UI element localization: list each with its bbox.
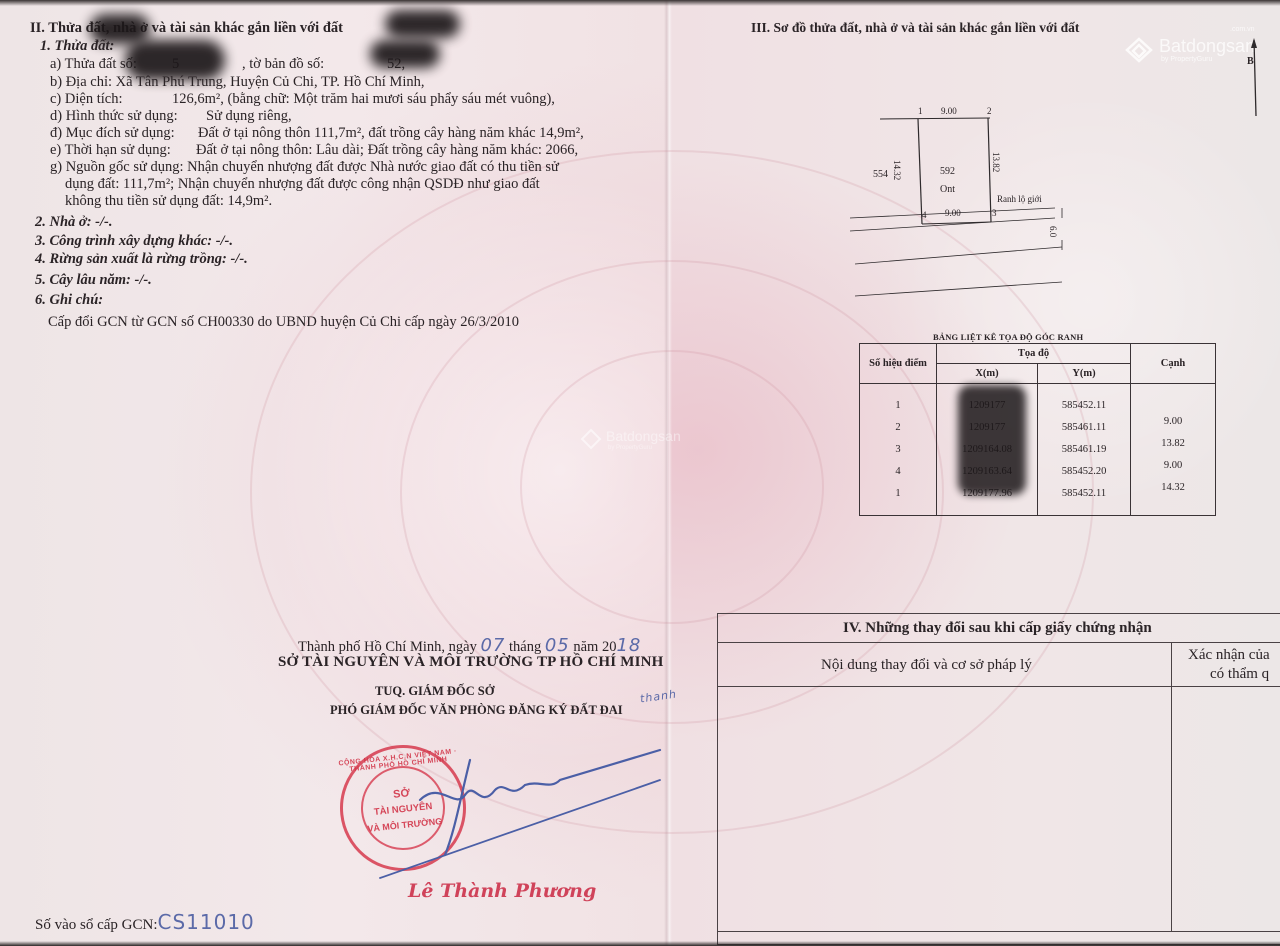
usage-term-value: Đất ở tại nông thôn: Lâu dài; Đất trồng … [196, 142, 578, 159]
edge-right-length: 13.82 [991, 152, 1001, 172]
neighbor-parcel-number: 554 [873, 169, 888, 180]
corner-label-4: 4 [922, 210, 927, 220]
handwritten-signature [360, 740, 670, 900]
point-column: 12341 [860, 384, 937, 516]
signer-role-1: TUQ. GIÁM ĐỐC SỞ [375, 684, 494, 699]
land-type-code: Ont [940, 184, 955, 195]
usage-form-value: Sử dụng riêng, [206, 108, 292, 125]
photo-edge-bottom [0, 941, 1280, 946]
other-construction-item: 3. Công trình xây dựng khác: -/-. [35, 233, 233, 250]
y-coordinate-cell: 585452.11 [1038, 395, 1130, 417]
usage-form-label: d) Hình thức sử dụng: [50, 108, 178, 125]
watermark-tagline: by PropertyGuru [1161, 56, 1212, 63]
house-logo-icon [1125, 36, 1153, 64]
photo-edge-top [0, 0, 1280, 6]
confirmation-header-line-1: Xác nhận của [1188, 647, 1270, 664]
watermark-brand: Batdongsan [606, 428, 681, 444]
header-coords: Tọa độ [937, 344, 1131, 364]
notes-text: Cấp đổi GCN từ GCN số CH00330 do UBND hu… [48, 314, 519, 331]
map-sheet-label: , tờ bản đồ số: [242, 56, 324, 73]
origin-line-2: dụng đất: 111,7m²; Nhận chuyển nhượng đấ… [65, 176, 540, 193]
confirmation-header-line-2: có thẩm q [1210, 666, 1269, 683]
header-point: Số hiệu điểm [860, 344, 937, 384]
corner-label-2: 2 [987, 106, 992, 116]
drum-emblem-ring [520, 350, 824, 624]
point-id-cell: 4 [860, 461, 936, 483]
date-year-label: năm 20 [573, 639, 616, 655]
y-coordinate-cell: 585461.19 [1038, 439, 1130, 461]
date-prefix: Thành phố Hồ Chí Minh, ngày [298, 639, 477, 655]
perennial-item: 5. Cây lâu năm: -/-. [35, 272, 152, 289]
usage-purpose-label: đ) Mục đích sử dụng: [50, 125, 175, 142]
edge-left-length: 14.32 [892, 160, 902, 180]
date-year: 18 [616, 635, 641, 656]
coordinate-table: Số hiệu điểm Tọa độ Cạnh X(m) Y(m) 12341… [859, 343, 1216, 516]
watermark-tagline: by PropertyGuru [608, 445, 652, 451]
point-id-cell: 3 [860, 439, 936, 461]
point-id-cell: 1 [860, 395, 936, 417]
house-logo-icon [580, 428, 602, 450]
edge-length-cell: 13.82 [1131, 433, 1215, 455]
origin-line-1: g) Nguồn gốc sử dụng: Nhận chuyển nhượng… [50, 159, 559, 176]
origin-line-3: không thu tiền sử dụng đất: 14,9m². [65, 193, 272, 210]
land-plot-diagram [840, 100, 1080, 300]
coord-table-title: BẢNG LIỆT KÊ TỌA ĐỘ GÓC RANH [933, 332, 1083, 342]
header-y: Y(m) [1038, 364, 1131, 384]
y-column: 585452.11585461.11585461.19585452.205854… [1038, 384, 1131, 516]
point-id-cell: 1 [860, 483, 936, 505]
date-month: 05 [545, 635, 570, 656]
section-ii-title: II. Thửa đất, nhà ở và tài sản khác gắn … [30, 20, 343, 37]
edge-length-cell: 14.32 [1131, 477, 1215, 499]
y-coordinate-cell: 585452.11 [1038, 483, 1130, 505]
changes-content-header: Nội dung thay đổi và cơ sở pháp lý [821, 657, 1032, 674]
changes-table: IV. Những thay đổi sau khi cấp giấy chứn… [717, 613, 1280, 945]
usage-term-label: e) Thời hạn sử dụng: [50, 142, 171, 159]
y-coordinate-cell: 585461.11 [1038, 417, 1130, 439]
registry-label: Số vào sổ cấp GCN: [35, 917, 158, 933]
north-arrow-icon [1244, 36, 1264, 118]
house-item: 2. Nhà ở: -/-. [35, 214, 112, 231]
north-label: B [1247, 56, 1254, 67]
edge-column: 9.0013.829.0014.32 [1131, 384, 1216, 516]
point-id-cell: 2 [860, 417, 936, 439]
parcel-heading: 1. Thửa đất: [40, 38, 114, 55]
parcel-number: 592 [940, 166, 955, 177]
registry-value: CS11010 [158, 910, 255, 934]
watermark-brand: Batdongsan [1159, 36, 1255, 57]
redacted-block [385, 10, 460, 38]
forest-item: 4. Rừng sản xuất là rừng trồng: -/-. [35, 251, 248, 268]
address-line: b) Địa chỉ: Xã Tân Phú Trung, Huyện Củ C… [50, 74, 424, 91]
corner-label-1: 1 [918, 106, 923, 116]
section-iii-title: III. Sơ đồ thửa đất, nhà ở và tài sản kh… [751, 20, 1079, 36]
watermark-suffix: .com.vn [1230, 26, 1255, 33]
notes-heading: 6. Ghi chú: [35, 292, 103, 309]
y-coordinate-cell: 585452.20 [1038, 461, 1130, 483]
registry-number: Số vào sổ cấp GCN:CS11010 [35, 910, 255, 934]
signer-role-2: PHÓ GIÁM ĐỐC VĂN PHÒNG ĐĂNG KÝ ĐẤT ĐAI [330, 703, 623, 718]
corner-label-3: 3 [992, 208, 997, 218]
signer-name: Lê Thành Phương [408, 880, 596, 902]
usage-purpose-value: Đất ở tại nông thôn 111,7m², đất trồng c… [198, 125, 584, 142]
issue-date: Thành phố Hồ Chí Minh, ngày 07 tháng 05 … [298, 635, 641, 656]
edge-length-cell: 9.00 [1131, 455, 1215, 477]
area-label: c) Diện tích: [50, 91, 122, 108]
issuing-agency: SỞ TÀI NGUYÊN VÀ MÔI TRƯỜNG TP HỒ CHÍ MI… [278, 654, 664, 671]
edge-bottom-length: 9.00 [945, 208, 961, 218]
road-width: 6.0 [1048, 226, 1058, 237]
date-month-label: tháng [509, 639, 541, 655]
redacted-block [958, 385, 1026, 495]
changes-title: IV. Những thay đổi sau khi cấp giấy chứn… [843, 620, 1152, 637]
road-boundary-label: Ranh lộ giới [997, 194, 1042, 204]
header-x: X(m) [937, 364, 1038, 384]
redacted-block [370, 40, 440, 68]
parcel-number-label: a) Thửa đất số: [50, 56, 137, 73]
edge-length-cell: 9.00 [1131, 411, 1215, 433]
date-day: 07 [480, 635, 505, 656]
area-value: 126,6m², (bằng chữ: Một trăm hai mươi sá… [172, 91, 555, 108]
edge-top-length: 9.00 [941, 106, 957, 116]
header-edge: Cạnh [1131, 344, 1216, 384]
